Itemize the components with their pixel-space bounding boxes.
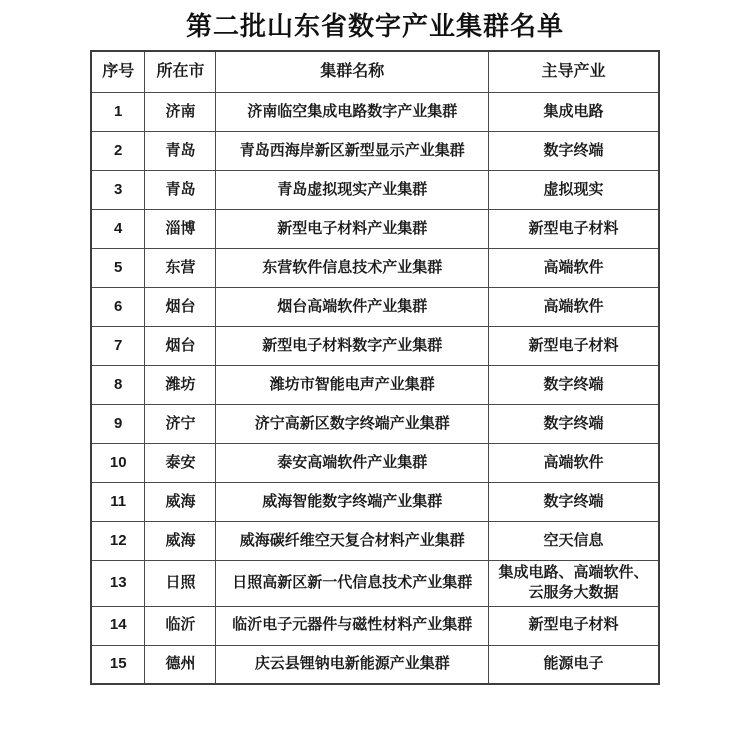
cell-no: 14 [91,606,145,645]
cell-cluster: 日照高新区新一代信息技术产业集群 [216,561,489,607]
cell-no: 8 [91,366,145,405]
cell-no: 7 [91,327,145,366]
cell-city: 济南 [145,93,216,132]
cell-no: 13 [91,561,145,607]
cell-city: 淄博 [145,210,216,249]
cell-cluster: 青岛虚拟现实产业集群 [216,171,489,210]
cell-industry: 虚拟现实 [489,171,659,210]
cell-cluster: 潍坊市智能电声产业集群 [216,366,489,405]
cell-city: 威海 [145,522,216,561]
header-city: 所在市 [145,51,216,93]
cell-city: 泰安 [145,444,216,483]
table-row: 13 日照 日照高新区新一代信息技术产业集群 集成电路、高端软件、云服务大数据 [91,561,659,607]
cell-cluster: 烟台高端软件产业集群 [216,288,489,327]
table-row: 10 泰安 泰安高端软件产业集群 高端软件 [91,444,659,483]
table-header: 序号 所在市 集群名称 主导产业 [91,51,659,93]
cell-industry: 高端软件 [489,288,659,327]
table-row: 11 威海 威海智能数字终端产业集群 数字终端 [91,483,659,522]
cell-city: 青岛 [145,132,216,171]
cell-cluster: 东营软件信息技术产业集群 [216,249,489,288]
header-industry: 主导产业 [489,51,659,93]
table-row: 8 潍坊 潍坊市智能电声产业集群 数字终端 [91,366,659,405]
table-row: 4 淄博 新型电子材料产业集群 新型电子材料 [91,210,659,249]
cell-cluster: 泰安高端软件产业集群 [216,444,489,483]
cell-industry: 集成电路、高端软件、云服务大数据 [489,561,659,607]
cell-industry: 新型电子材料 [489,606,659,645]
cell-industry: 数字终端 [489,366,659,405]
cell-industry: 数字终端 [489,132,659,171]
cell-industry: 高端软件 [489,444,659,483]
cell-no: 6 [91,288,145,327]
table-body: 1 济南 济南临空集成电路数字产业集群 集成电路 2 青岛 青岛西海岸新区新型显… [91,93,659,685]
cell-no: 11 [91,483,145,522]
page: 第二批山东省数字产业集群名单 序号 所在市 集群名称 主导产业 1 济南 济南临… [0,0,750,738]
cell-industry: 高端软件 [489,249,659,288]
cell-cluster: 济南临空集成电路数字产业集群 [216,93,489,132]
cell-cluster: 新型电子材料数字产业集群 [216,327,489,366]
cell-city: 济宁 [145,405,216,444]
table-row: 14 临沂 临沂电子元器件与磁性材料产业集群 新型电子材料 [91,606,659,645]
cell-no: 3 [91,171,145,210]
table-row: 7 烟台 新型电子材料数字产业集群 新型电子材料 [91,327,659,366]
cell-city: 德州 [145,645,216,684]
cell-industry: 数字终端 [489,483,659,522]
cell-cluster: 临沂电子元器件与磁性材料产业集群 [216,606,489,645]
cell-no: 12 [91,522,145,561]
cluster-table: 序号 所在市 集群名称 主导产业 1 济南 济南临空集成电路数字产业集群 集成电… [90,50,660,686]
cell-city: 东营 [145,249,216,288]
cell-no: 10 [91,444,145,483]
table-row: 15 德州 庆云县锂钠电新能源产业集群 能源电子 [91,645,659,684]
table-row: 12 威海 威海碳纤维空天复合材料产业集群 空天信息 [91,522,659,561]
cell-industry: 能源电子 [489,645,659,684]
table-row: 1 济南 济南临空集成电路数字产业集群 集成电路 [91,93,659,132]
cell-cluster: 庆云县锂钠电新能源产业集群 [216,645,489,684]
header-row: 序号 所在市 集群名称 主导产业 [91,51,659,93]
table-row: 3 青岛 青岛虚拟现实产业集群 虚拟现实 [91,171,659,210]
cell-industry: 新型电子材料 [489,210,659,249]
cell-no: 1 [91,93,145,132]
cell-cluster: 青岛西海岸新区新型显示产业集群 [216,132,489,171]
table-row: 5 东营 东营软件信息技术产业集群 高端软件 [91,249,659,288]
cell-city: 日照 [145,561,216,607]
cell-industry: 新型电子材料 [489,327,659,366]
cell-cluster: 威海碳纤维空天复合材料产业集群 [216,522,489,561]
cell-city: 烟台 [145,327,216,366]
header-cluster: 集群名称 [216,51,489,93]
table-row: 2 青岛 青岛西海岸新区新型显示产业集群 数字终端 [91,132,659,171]
cell-no: 15 [91,645,145,684]
cell-city: 临沂 [145,606,216,645]
cell-city: 青岛 [145,171,216,210]
table-row: 6 烟台 烟台高端软件产业集群 高端软件 [91,288,659,327]
table-row: 9 济宁 济宁高新区数字终端产业集群 数字终端 [91,405,659,444]
cell-cluster: 威海智能数字终端产业集群 [216,483,489,522]
cell-industry: 数字终端 [489,405,659,444]
cell-no: 5 [91,249,145,288]
cell-industry: 集成电路 [489,93,659,132]
cell-no: 4 [91,210,145,249]
cell-cluster: 新型电子材料产业集群 [216,210,489,249]
cell-city: 威海 [145,483,216,522]
cell-city: 潍坊 [145,366,216,405]
cell-city: 烟台 [145,288,216,327]
cell-industry: 空天信息 [489,522,659,561]
cell-no: 9 [91,405,145,444]
cell-no: 2 [91,132,145,171]
page-title: 第二批山东省数字产业集群名单 [0,10,750,43]
cell-cluster: 济宁高新区数字终端产业集群 [216,405,489,444]
header-no: 序号 [91,51,145,93]
